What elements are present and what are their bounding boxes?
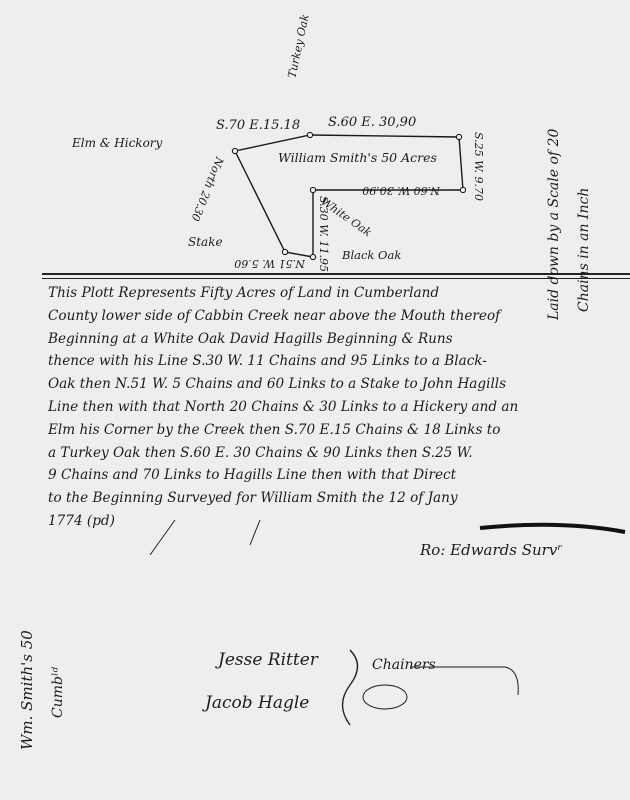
chain-carrier-signature: Jesse Ritter bbox=[218, 650, 318, 670]
chain-carrier-signature: Jacob Hagle bbox=[205, 693, 309, 713]
document-sheet: Elm & Hickory S.70 E.15.18 S.60 E. 30,90… bbox=[0, 0, 630, 800]
separator-rule bbox=[42, 273, 630, 275]
course-label-inner-vertical: S.30 W. 11.95 bbox=[317, 196, 330, 272]
endorsement-line-2: Cumbˡᵈ bbox=[50, 667, 66, 718]
corner-label-black-oak: Black Oak bbox=[342, 248, 401, 262]
survey-description: This Plott Represents Fifty Acres of Lan… bbox=[48, 282, 623, 533]
body-line: Elm his Corner by the Creek then S.70 E.… bbox=[48, 419, 623, 442]
course-label-north-east: S.60 E. 30,90 bbox=[328, 115, 416, 130]
course-label-bottom: N.51 W. 5.60 bbox=[234, 257, 305, 270]
body-line: thence with his Line S.30 W. 11 Chains a… bbox=[48, 350, 623, 373]
body-line: 1774 (pd) bbox=[48, 510, 623, 533]
body-line: County lower side of Cabbin Creek near a… bbox=[48, 305, 623, 328]
separator-rule-thin bbox=[42, 278, 630, 279]
course-label-north-west: S.70 E.15.18 bbox=[216, 118, 300, 133]
body-line: This Plott Represents Fifty Acres of Lan… bbox=[48, 282, 623, 305]
body-line: 9 Chains and 70 Links to Hagills Line th… bbox=[48, 464, 623, 487]
body-line: to the Beginning Surveyed for William Sm… bbox=[48, 487, 623, 510]
body-line: Beginning at a White Oak David Hagills B… bbox=[48, 328, 623, 351]
surveyor-signature: Ro: Edwards Survʳ bbox=[420, 541, 563, 559]
body-line: a Turkey Oak then S.60 E. 30 Chains & 90… bbox=[48, 442, 623, 465]
corner-label-elm-hickory: Elm & Hickory bbox=[72, 136, 162, 150]
course-label-inner-top: N.60 W. 30.90 bbox=[362, 184, 440, 197]
course-label-east: S.25 W. 9.70 bbox=[472, 132, 485, 201]
tract-label: William Smith's 50 Acres bbox=[278, 150, 437, 165]
body-line: Line then with that North 20 Chains & 30… bbox=[48, 396, 623, 419]
body-line: Oak then N.51 W. 5 Chains and 60 Links t… bbox=[48, 373, 623, 396]
chainers-label: Chainers bbox=[372, 657, 436, 673]
endorsement-line-1: Wm. Smith's 50 bbox=[18, 630, 36, 750]
corner-label-stake: Stake bbox=[188, 235, 223, 249]
